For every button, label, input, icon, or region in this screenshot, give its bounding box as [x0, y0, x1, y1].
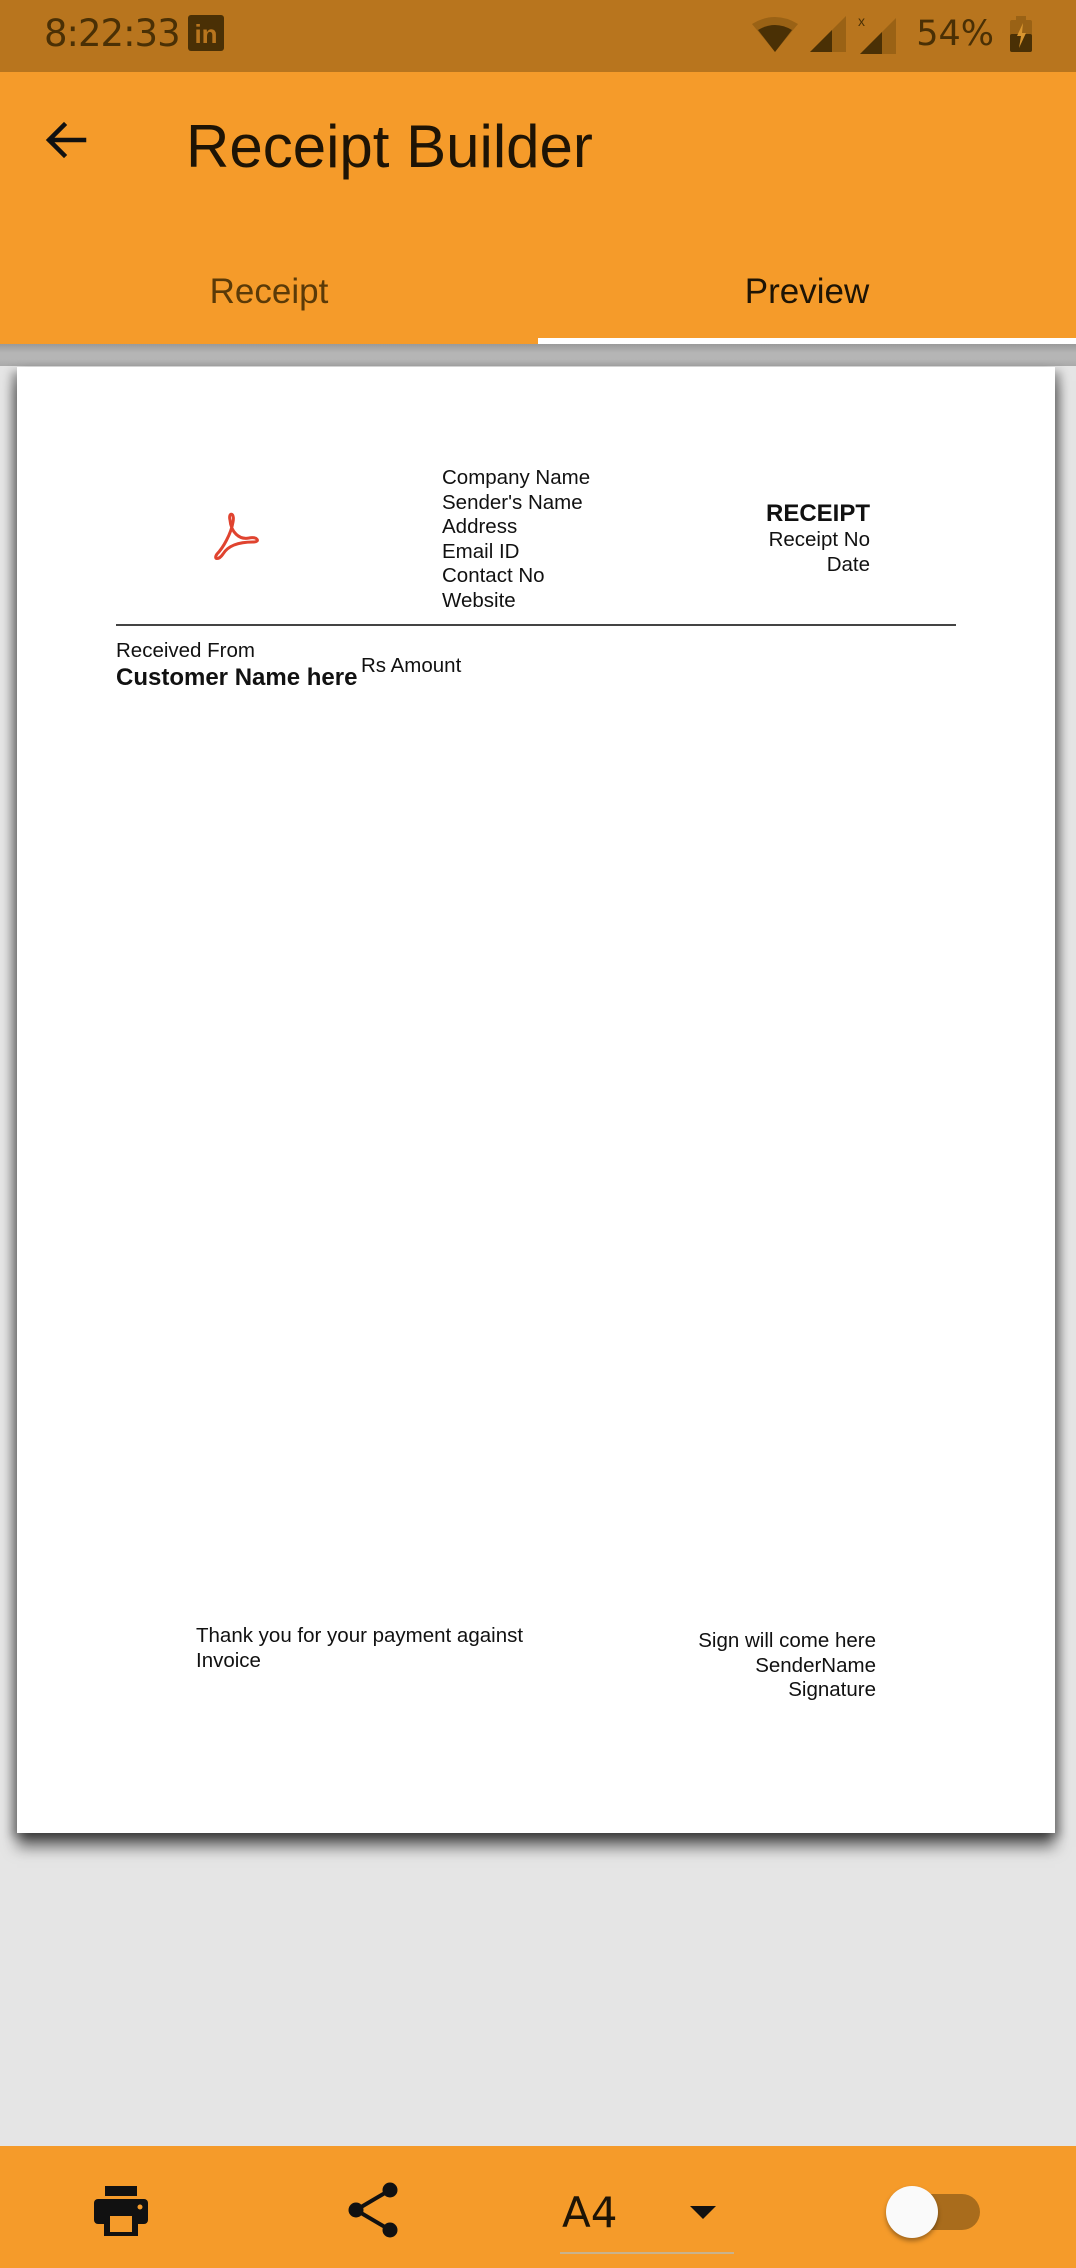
thank-you-line: Invoice — [196, 1649, 523, 1674]
print-icon[interactable] — [94, 2186, 148, 2236]
page-size-value: A4 — [562, 2188, 617, 2237]
tab-receipt[interactable]: Receipt — [0, 240, 538, 344]
svg-text:x: x — [858, 14, 865, 29]
battery-charging-icon — [1010, 16, 1032, 52]
header-divider — [116, 624, 956, 626]
company-details: Company Name Sender's Name Address Email… — [442, 466, 590, 613]
toggle-thumb — [886, 2186, 938, 2238]
company-name: Company Name — [442, 466, 590, 491]
page-size-dropdown[interactable]: A4 — [560, 2180, 734, 2254]
email-id: Email ID — [442, 540, 590, 565]
sign-placeholder: Sign will come here — [698, 1629, 876, 1654]
page-title: Receipt Builder — [186, 112, 593, 181]
status-icons: x 54% — [750, 14, 1032, 54]
arrow-left-icon[interactable] — [40, 112, 96, 168]
amount-label: Rs Amount — [361, 654, 461, 679]
receipt-date: Date — [766, 553, 870, 578]
customer-name: Customer Name here — [116, 664, 357, 692]
status-time: 8:22:33 — [44, 12, 180, 55]
sender-name: Sender's Name — [442, 491, 590, 516]
app-bar: Receipt Builder Receipt Preview — [0, 72, 1076, 344]
address: Address — [442, 515, 590, 540]
sender-name-sign: SenderName — [698, 1654, 876, 1679]
thank-you-note: Thank you for your payment against Invoi… — [196, 1624, 523, 1673]
linkedin-icon: in — [188, 15, 224, 51]
tab-bar: Receipt Preview — [0, 240, 1076, 344]
signature-block: Sign will come here SenderName Signature — [698, 1629, 876, 1703]
receipt-heading-block: RECEIPT Receipt No Date — [766, 500, 870, 577]
website: Website — [442, 589, 590, 614]
thank-you-line: Thank you for your payment against — [196, 1624, 523, 1649]
signal-no-data-icon: x — [856, 14, 896, 54]
signature-label: Signature — [698, 1678, 876, 1703]
tab-preview[interactable]: Preview — [538, 240, 1076, 344]
wifi-icon — [750, 16, 800, 52]
battery-percent: 54% — [916, 14, 994, 54]
status-bar: 8:22:33 in x 54% — [0, 0, 1076, 72]
receipt-no: Receipt No — [766, 528, 870, 553]
app-bar-shadow — [0, 344, 1076, 366]
receipt-heading: RECEIPT — [766, 500, 870, 528]
dropdown-arrow-icon — [690, 2206, 716, 2219]
share-icon[interactable] — [346, 2182, 402, 2238]
pdf-acrobat-icon — [213, 512, 259, 562]
contact-no: Contact No — [442, 564, 590, 589]
toggle-switch[interactable] — [886, 2186, 980, 2238]
received-from-label: Received From — [116, 639, 255, 664]
signal-icon — [810, 16, 846, 52]
